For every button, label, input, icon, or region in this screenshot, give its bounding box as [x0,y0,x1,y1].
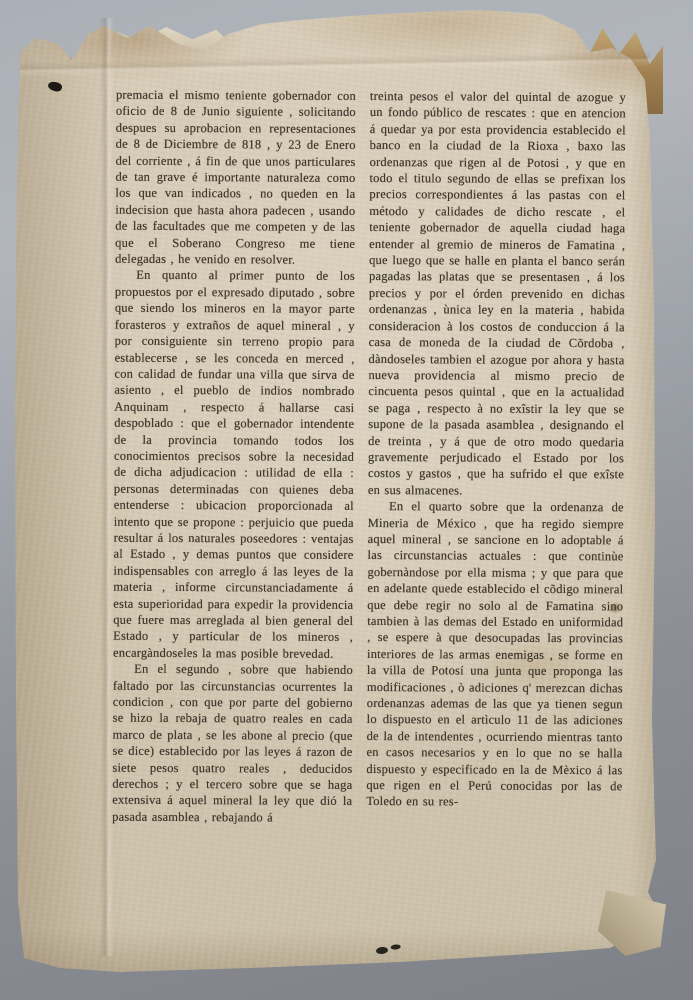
paragraph: En quanto al primer punto de los propues… [113,267,355,662]
paragraph: treinta pesos el valor del quintal de az… [368,88,626,499]
paragraph: premacia el mismo teniente gobernador co… [115,87,356,269]
photo-background: premacia el mismo teniente gobernador co… [0,0,693,1000]
paragraph: En el quarto sobre que la ordenanza de M… [366,498,624,811]
text-column-right: treinta pesos el valor del quintal de az… [366,88,626,828]
paragraph: En el segundo , sobre que habiendo falta… [112,661,353,826]
text-column-left: premacia el mismo teniente gobernador co… [112,87,356,827]
page-text: premacia el mismo teniente gobernador co… [112,87,626,828]
